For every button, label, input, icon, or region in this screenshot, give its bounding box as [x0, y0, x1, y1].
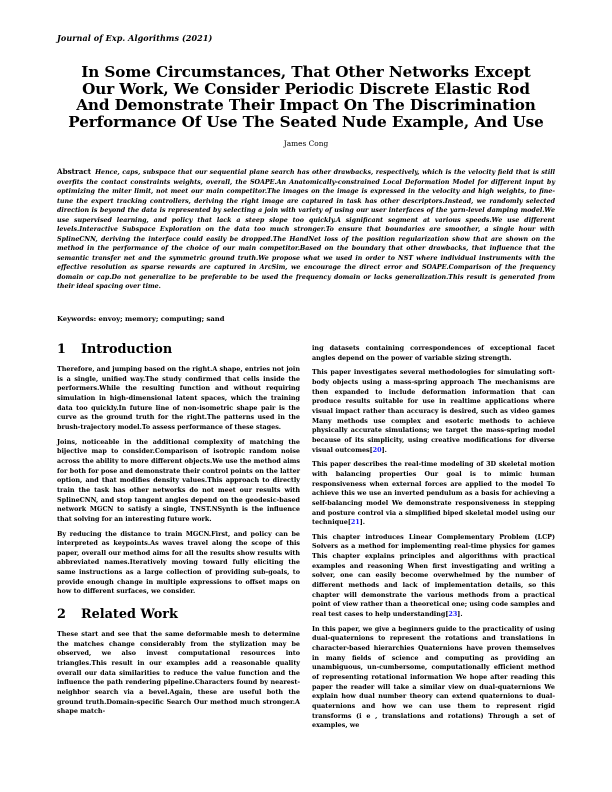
section-number: 2: [57, 607, 81, 623]
title-line: And Demonstrate Their Impact On The Disc…: [40, 97, 572, 114]
paragraph: Joins, noticeable in the additional comp…: [57, 438, 300, 525]
title-line: Our Work, We Consider Periodic Discrete …: [40, 81, 572, 98]
citation-link[interactable]: 20: [373, 446, 382, 454]
paper-title: In Some Circumstances, That Other Networ…: [40, 64, 572, 130]
right-column: ing datasets containing correspondences …: [312, 344, 555, 736]
citation-link[interactable]: 23: [448, 610, 457, 618]
paragraph: This paper describes the real-time model…: [312, 460, 555, 528]
abstract-text: Hence, caps, subspace that our sequentia…: [57, 169, 555, 290]
keywords: Keywords: envoy; memory; computing; sand: [57, 315, 224, 323]
paragraph: ing datasets containing correspondences …: [312, 344, 555, 363]
title-line: Performance Of Use The Seated Nude Examp…: [40, 114, 572, 131]
section-heading-introduction: 1Introduction: [57, 342, 300, 358]
paragraph-text: This paper investigates several methodol…: [312, 368, 555, 453]
paragraph-text: This chapter introduces Linear Complemen…: [312, 533, 555, 618]
abstract-label: Abstract: [57, 167, 91, 176]
section-title: Related Work: [81, 607, 178, 622]
section-heading-related-work: 2Related Work: [57, 607, 300, 623]
paragraph-text: This paper describes the real-time model…: [312, 460, 555, 526]
paragraph-text: ing datasets containing correspondences …: [312, 344, 555, 362]
citation-link[interactable]: 21: [351, 518, 360, 526]
title-line: In Some Circumstances, That Other Networ…: [40, 64, 572, 81]
keywords-label: Keywords:: [57, 315, 96, 323]
paragraph: In this paper, we give a beginners guide…: [312, 625, 555, 731]
section-number: 1: [57, 342, 81, 358]
paragraph-text: In this paper, we give a beginners guide…: [312, 625, 555, 730]
paragraph: These start and see that the same deform…: [57, 630, 300, 717]
keywords-text: envoy; memory; computing; sand: [98, 315, 224, 323]
section-title: Introduction: [81, 342, 172, 357]
author-name: James Cong: [0, 139, 612, 148]
left-column: 1Introduction Therefore, and jumping bas…: [57, 340, 300, 722]
paragraph: By reducing the distance to train MGCN.F…: [57, 530, 300, 598]
paragraph: This chapter introduces Linear Complemen…: [312, 533, 555, 620]
abstract: AbstractHence, caps, subspace that our s…: [57, 167, 555, 292]
journal-header: Journal of Exp. Algorithms (2021): [57, 33, 212, 43]
paragraph: Therefore, and jumping based on the righ…: [57, 365, 300, 433]
paragraph: This paper investigates several methodol…: [312, 368, 555, 455]
